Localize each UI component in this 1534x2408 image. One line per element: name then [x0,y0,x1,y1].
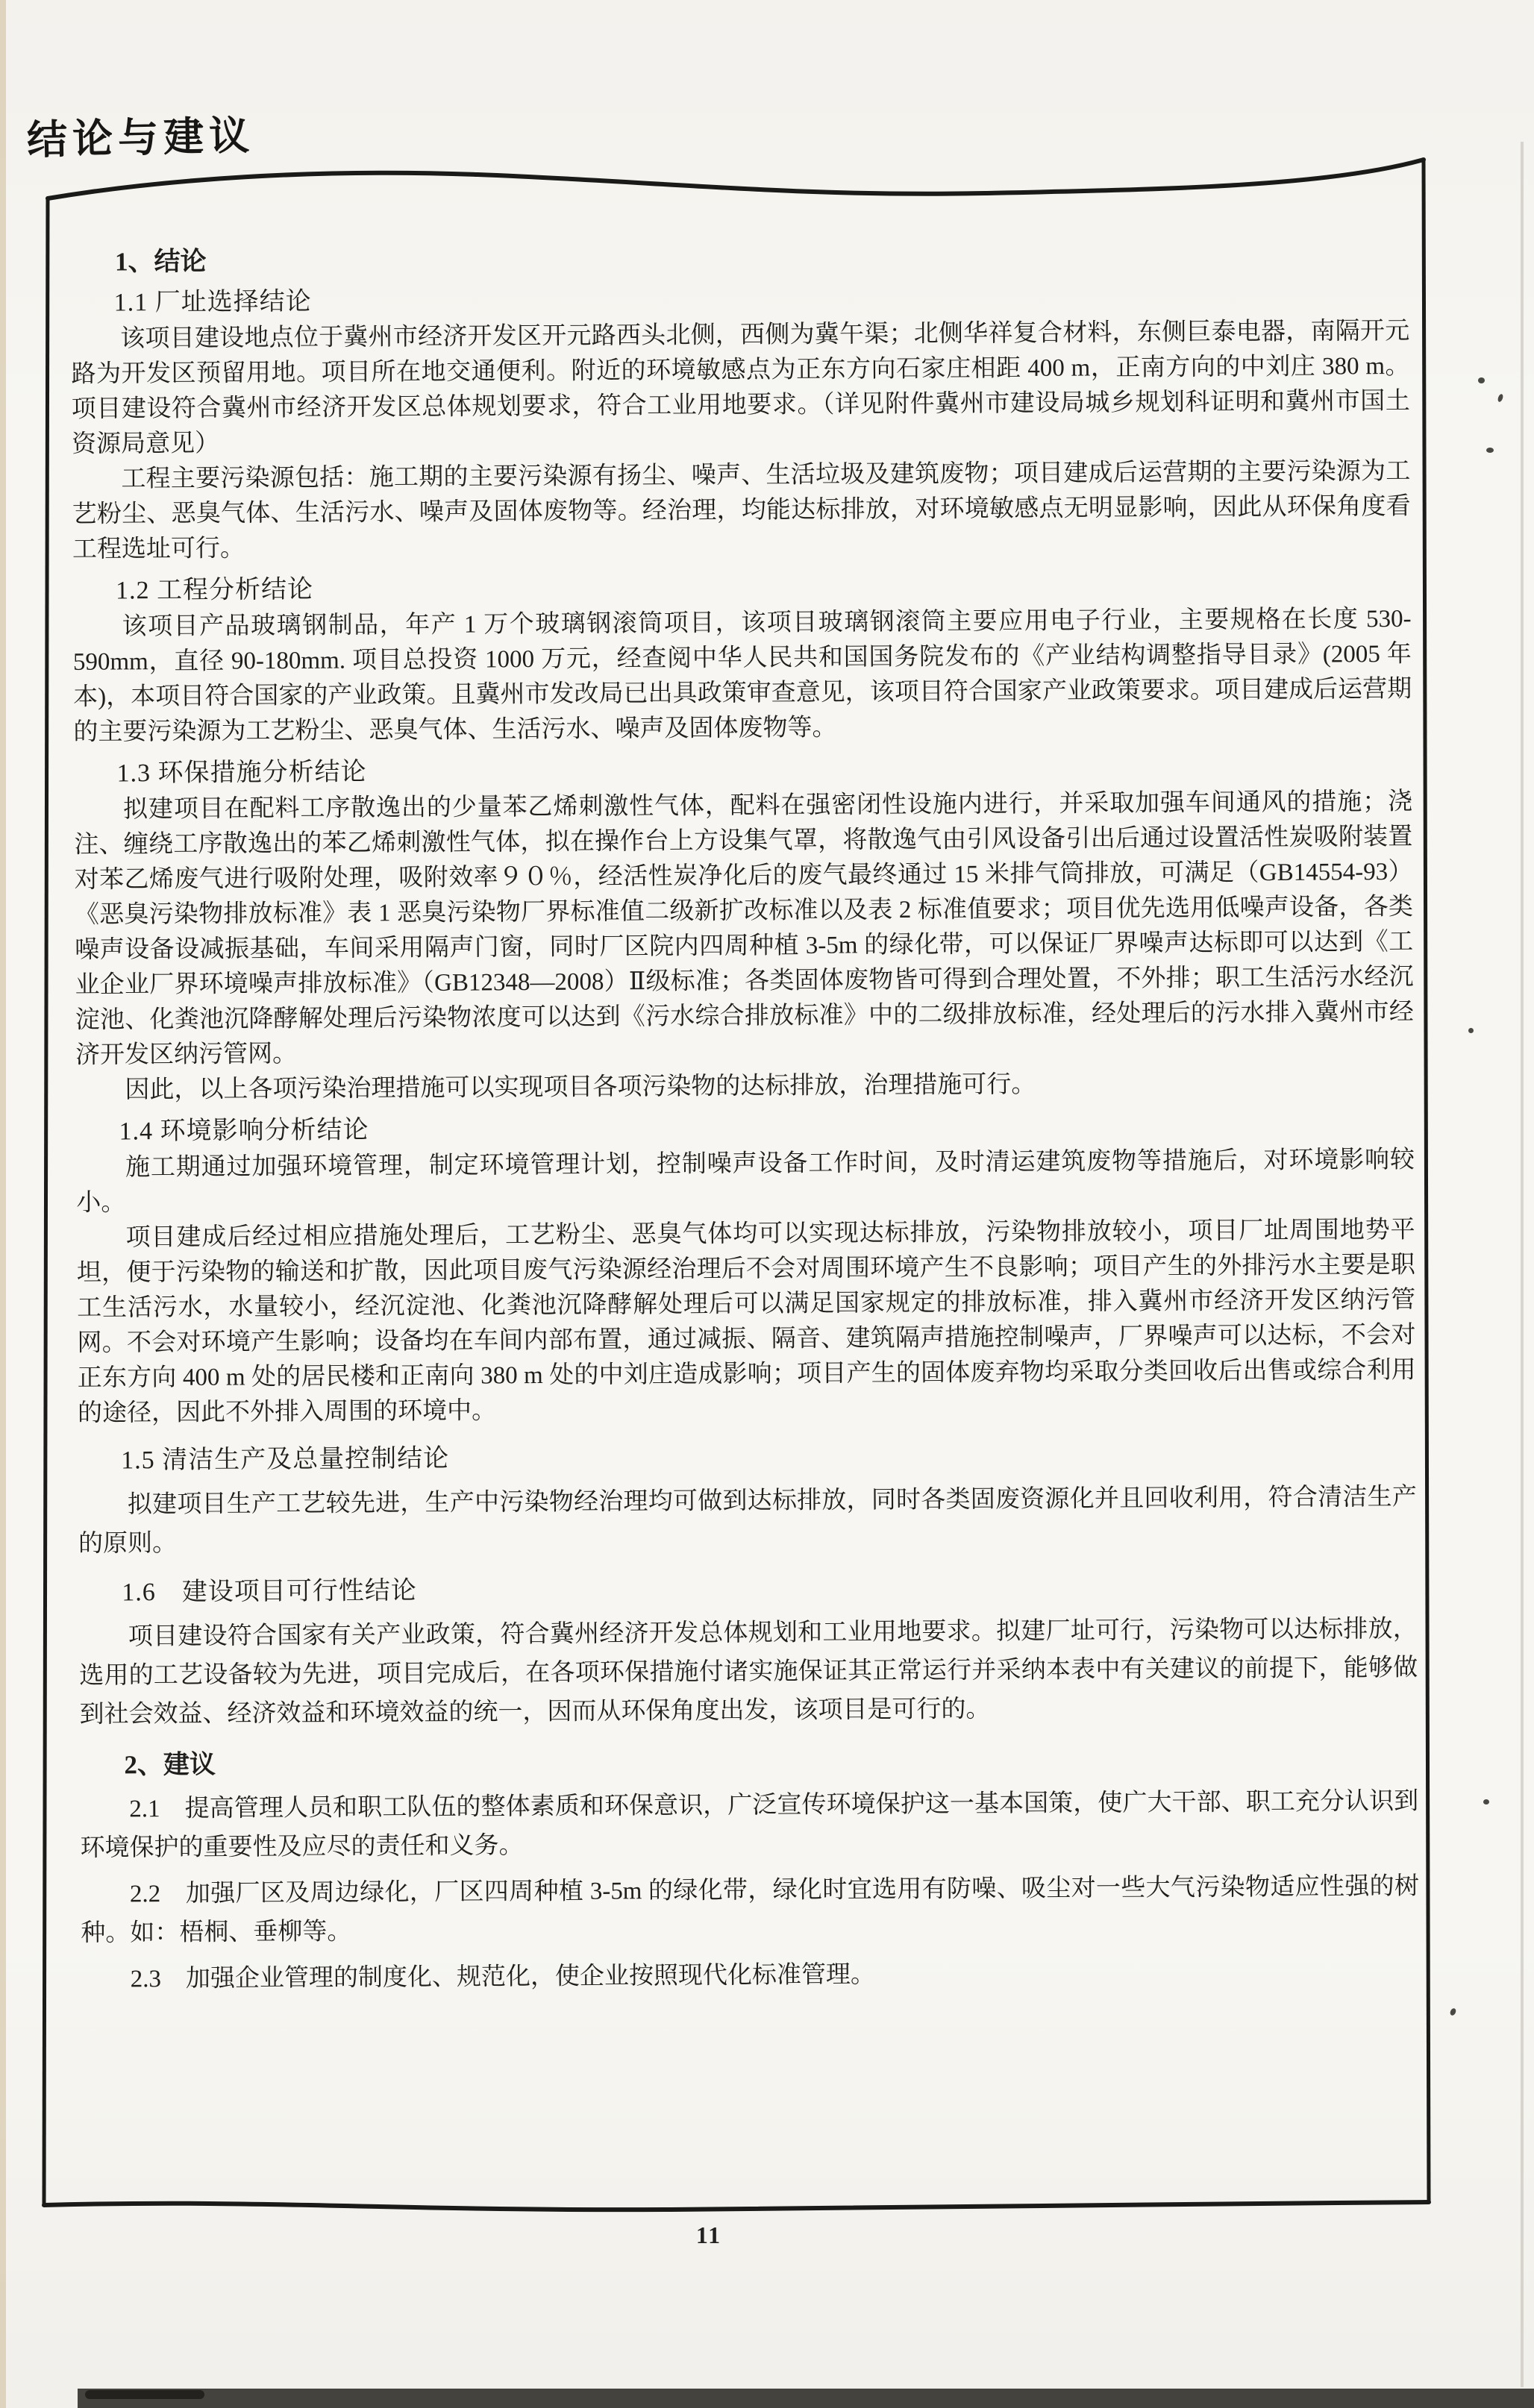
section-heading-site-selection: 1.1 厂址选择结论 [71,278,1409,321]
paragraph: 该项目建设地点位于冀州市经济开发区开元路西头北侧，西侧为冀午渠；北侧华祥复合材料… [71,314,1410,463]
scan-left-edge [0,0,6,2408]
paragraph: 项目建成后经过相应措施处理后，工艺粉尘、恶臭气体均可以实现达标排放，污染物排放较… [76,1213,1416,1432]
section-heading-feasibility: 1.6 建设项目可行性结论 [78,1567,1417,1611]
scan-speck [1449,2007,1457,2016]
paragraph: 2.1 提高管理人员和职工队伍的整体素质和环保意识，广泛宣传环境保护这一基本国策… [80,1782,1419,1868]
page-title: 结论与建议 [26,104,255,166]
paragraph: 拟建项目生产工艺较先进，生产中污染物经治理均可做到达标排放，同时各类固废资源化并… [78,1478,1418,1564]
scan-speck [1497,393,1503,402]
scan-speck [1483,1799,1489,1805]
scan-speck [1468,1028,1474,1033]
document-body: 1、结论 1.1 厂址选择结论 该项目建设地点位于冀州市经济开发区开元路西头北侧… [49,180,1439,2007]
page-number: 11 [671,2222,746,2249]
scan-bottom-edge [78,2389,1534,2408]
scan-speck [1478,377,1485,383]
paragraph: 项目建设符合国家有关产业政策，符合冀州经济开发总体规划和工业用地要求。拟建厂址可… [79,1610,1418,1734]
document-body-lower: 1.5 清洁生产及总量控制结论 拟建项目生产工艺较先进，生产中污染物经治理均可做… [78,1435,1420,1999]
section-heading-suggestions: 2、建议 [80,1740,1418,1783]
section-heading-conclusion: 1、结论 [70,236,1409,280]
paragraph: 该项目产品玻璃钢制品，年产 1 万个玻璃钢滚筒项目，该项目玻璃钢滚筒主要应用电子… [72,602,1412,750]
page-right-edge-shadow [1521,142,1524,2387]
scan-bottom-smudge [85,2390,204,2399]
scan-speck [1486,448,1494,453]
section-heading-env-impact: 1.4 环境影响分析结论 [76,1106,1415,1150]
paragraph: 拟建项目在配料工序散逸出的少量苯乙烯刺激性气体，配料在强密闭性设施内进行，并采取… [74,785,1414,1073]
paragraph: 工程主要污染源包括：施工期的主要污染源有扬尘、噪声、生活垃圾及建筑废物；项目建成… [72,454,1411,568]
paragraph: 2.3 加强企业管理的制度化、规范化，使企业按照现代化标准管理。 [81,1952,1420,1999]
paragraph: 2.2 加强厂区及周边绿化，厂区四周种植 3-5m 的绿化带，绿化时宜选用有防噪… [81,1867,1420,1953]
section-heading-clean-production: 1.5 清洁生产及总量控制结论 [78,1435,1416,1479]
paragraph: 因此，以上各项污染治理措施可以实现项目各项污染物的达标排放，治理措施可行。 [75,1065,1414,1109]
section-heading-env-measures: 1.3 环保措施分析结论 [74,748,1412,791]
section-heading-engineering-analysis: 1.2 工程分析结论 [72,565,1411,609]
paragraph: 施工期通过加强环境管理，制定环境管理计划，控制噪声设备工作时间，及时清运建筑废物… [76,1143,1415,1221]
